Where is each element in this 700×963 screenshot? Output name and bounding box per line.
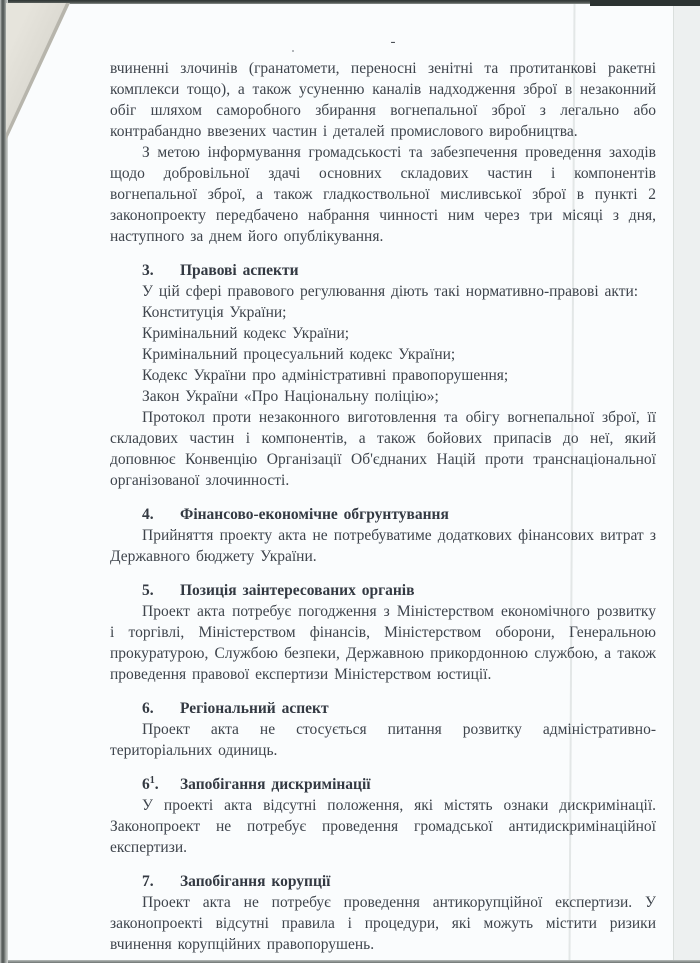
section-interested-bodies: 5.Позиція заінтересованих органів Проект… — [110, 580, 656, 685]
legal-act-item: Кримінальний кодекс України; — [142, 323, 656, 344]
section-financial: 4.Фінансово-економічне обгрунтування При… — [110, 504, 656, 567]
page-right-edge — [673, 0, 700, 963]
paragraph-regional: Проект акта не стосується питання розвит… — [110, 719, 656, 761]
section-number-text: 4. — [142, 506, 154, 523]
legal-act-item: Кодекс України про адміністративні право… — [142, 365, 656, 386]
paragraph-entry-into-force: З метою інформування громадськості та за… — [110, 142, 656, 247]
document-text: вчиненні злочинів (гранатомети, переносн… — [110, 58, 656, 955]
section-heading-6: 6.Регіональний аспект — [142, 698, 656, 719]
section-legal-aspects: 3.Правові аспекти У цій сфері правового … — [110, 260, 656, 491]
section-number: 6. — [142, 698, 180, 719]
section-heading-3: 3.Правові аспекти — [142, 260, 656, 281]
section-heading-5: 5.Позиція заінтересованих органів — [142, 580, 656, 601]
section-number: 7. — [142, 871, 180, 892]
section-discrimination: 61.Запобігання дискримінації У проекті а… — [110, 774, 656, 858]
legal-act-item: Кримінальний процесуальний кодекс Україн… — [142, 344, 656, 365]
corner-fold — [6, 3, 66, 133]
section-number-dot: . — [155, 776, 159, 793]
section-title: Запобігання корупції — [180, 873, 331, 890]
section-heading-7: 7.Запобігання корупції — [142, 871, 656, 892]
section-title: Правові аспекти — [180, 262, 299, 279]
section-number-text: 7. — [142, 873, 154, 890]
section-title: Запобігання дискримінації — [180, 776, 371, 793]
paragraph-protocol: Протокол проти незаконного виготовлення … — [110, 407, 656, 491]
section-number: 5. — [142, 580, 180, 601]
paragraph-corruption: Проект акта не потребує проведення антик… — [110, 892, 656, 955]
section-heading-4: 4.Фінансово-економічне обгрунтування — [142, 504, 656, 525]
paragraph-financial: Прийняття проекту акта не потребуватиме … — [110, 525, 656, 567]
document-page: - вчиненні злочинів (гранатомети, перено… — [0, 0, 700, 963]
section-regional: 6.Регіональний аспект Проект акта не сто… — [110, 698, 656, 761]
section-number-text: 3. — [142, 262, 154, 279]
section-heading-6-1: 61.Запобігання дискримінації — [142, 774, 656, 795]
section-number: 61. — [142, 774, 180, 795]
legal-act-item: Конституція України; — [142, 302, 656, 323]
section-corruption: 7.Запобігання корупції Проект акта не по… — [110, 871, 656, 955]
section-title: Регіональний аспект — [180, 700, 329, 717]
section-number: 4. — [142, 504, 180, 525]
legal-act-item: Закон України «Про Національну поліцію»; — [142, 386, 656, 407]
scan-speck — [292, 50, 294, 52]
scan-left-edge — [0, 0, 8, 963]
paragraph-legal-intro: У цій сфері правового регулювання діють … — [110, 281, 656, 302]
section-number-text: 6. — [142, 700, 154, 717]
paragraph-discrimination: У проекті акта відсутні положення, які м… — [110, 795, 656, 858]
section-number-text: 6 — [142, 776, 150, 793]
scan-top-right-edge — [590, 0, 700, 6]
paragraph-interested-bodies: Проект акта потребує погодження з Мініст… — [110, 601, 656, 685]
page-number-marker: - — [383, 34, 403, 51]
paragraph-continuation: вчиненні злочинів (гранатомети, переносн… — [110, 58, 656, 142]
section-title: Фінансово-економічне обгрунтування — [180, 506, 449, 523]
section-number-text: 5. — [142, 582, 154, 599]
section-number: 3. — [142, 260, 180, 281]
section-title: Позиція заінтересованих органів — [180, 582, 414, 599]
